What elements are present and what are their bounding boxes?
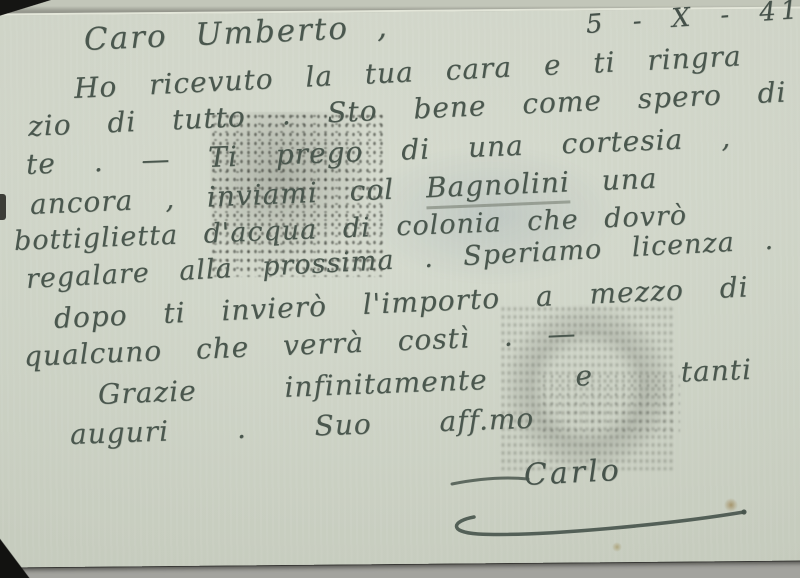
postcard-scan: 5 - X - 41 Caro Umberto , Ho ricevuto la… [0, 0, 800, 578]
scanner-corner-shadow [0, 538, 30, 578]
letter-line-segment: una [569, 162, 658, 199]
scanner-corner-shadow [0, 0, 52, 16]
underlined-name: Bagnolini [425, 165, 570, 209]
signature: Carlo [523, 453, 623, 493]
paper-edge-nick [0, 194, 6, 220]
